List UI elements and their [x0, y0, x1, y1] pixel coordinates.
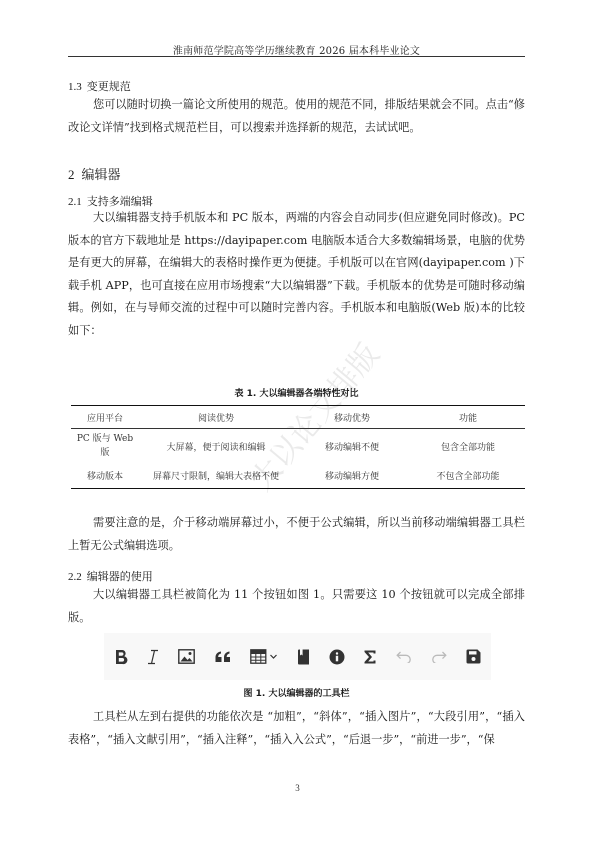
- column-header: 应用平台: [71, 406, 139, 429]
- undo-icon: [396, 646, 412, 668]
- table-icon: [250, 646, 278, 668]
- image-icon: [178, 646, 195, 668]
- table-row: 移动版本 屏幕尺寸限制，编辑大表格不便 移动编辑方便 不包含全部功能: [71, 464, 525, 489]
- section-heading-2-2: 2.2编辑器的使用: [68, 568, 153, 584]
- italic-icon: [147, 646, 159, 668]
- table-cell: 屏幕尺寸限制，编辑大表格不便: [139, 464, 293, 489]
- section-heading-1-3: 1.3变更规范: [68, 78, 131, 94]
- paragraph-note: 需要注意的是，介于移动端屏幕过小，不便于公式编辑，所以当前移动端编辑器工具栏上暂…: [68, 512, 525, 557]
- paragraph-2-1: 大以编辑器支持手机版本和 PC 版本，两端的内容会自动同步(但应避免同时修改)。…: [68, 207, 525, 342]
- table-caption: 表 1. 大以编辑器各端特性对比: [68, 386, 525, 399]
- page-number: 3: [0, 783, 595, 793]
- bold-icon: [114, 646, 128, 668]
- chapter-title: 编辑器: [82, 168, 121, 183]
- figure-caption: 图 1. 大以编辑器的工具栏: [68, 686, 525, 699]
- comparison-table: 应用平台 阅读优势 移动优势 功能 PC 版与 Web 版 大屏幕，便于阅读和编…: [71, 405, 525, 489]
- table-cell: 移动编辑不便: [293, 429, 411, 464]
- chapter-heading-2: 2编辑器: [68, 164, 121, 183]
- paragraph-toolbar-functions: 工具栏从左到右提供的功能依次是 “加粗”，“斜体”，“插入图片”，“大段引用”，…: [68, 706, 525, 751]
- quote-icon: [215, 646, 231, 668]
- sigma-icon: [364, 646, 376, 668]
- header-rule: [68, 56, 525, 57]
- column-header: 功能: [411, 406, 525, 429]
- paragraph-2-2: 大以编辑器工具栏被简化为 11 个按钮如图 1。只需要这 10 个按钮就可以完成…: [68, 584, 525, 629]
- running-header: 淮南师范学院高等学历继续教育 2026 届本科毕业论文: [68, 42, 525, 57]
- table-cell: 包含全部功能: [411, 429, 525, 464]
- table-cell: PC 版与 Web 版: [71, 429, 139, 464]
- save-icon: [466, 646, 481, 668]
- section-title: 编辑器的使用: [87, 570, 153, 583]
- section-number: 1.3: [68, 81, 82, 93]
- table-row: PC 版与 Web 版 大屏幕，便于阅读和编辑 移动编辑不便 包含全部功能: [71, 429, 525, 464]
- redo-icon: [431, 646, 447, 668]
- chapter-number: 2: [68, 167, 75, 182]
- section-title: 变更规范: [87, 80, 131, 93]
- section-number: 2.2: [68, 571, 82, 583]
- table-cell: 大屏幕，便于阅读和编辑: [139, 429, 293, 464]
- table-header-row: 应用平台 阅读优势 移动优势 功能: [71, 406, 525, 429]
- table-cell: 不包含全部功能: [411, 464, 525, 489]
- column-header: 移动优势: [293, 406, 411, 429]
- editor-toolbar-figure: [104, 633, 491, 680]
- paragraph-1-3: 您可以随时切换一篇论文所使用的规范。使用的规范不同，排版结果就会不同。点击“修改…: [68, 94, 525, 139]
- table-cell: 移动编辑方便: [293, 464, 411, 489]
- info-icon: [329, 646, 345, 668]
- column-header: 阅读优势: [139, 406, 293, 429]
- bookmark-icon: [297, 646, 310, 668]
- table-cell: 移动版本: [71, 464, 139, 489]
